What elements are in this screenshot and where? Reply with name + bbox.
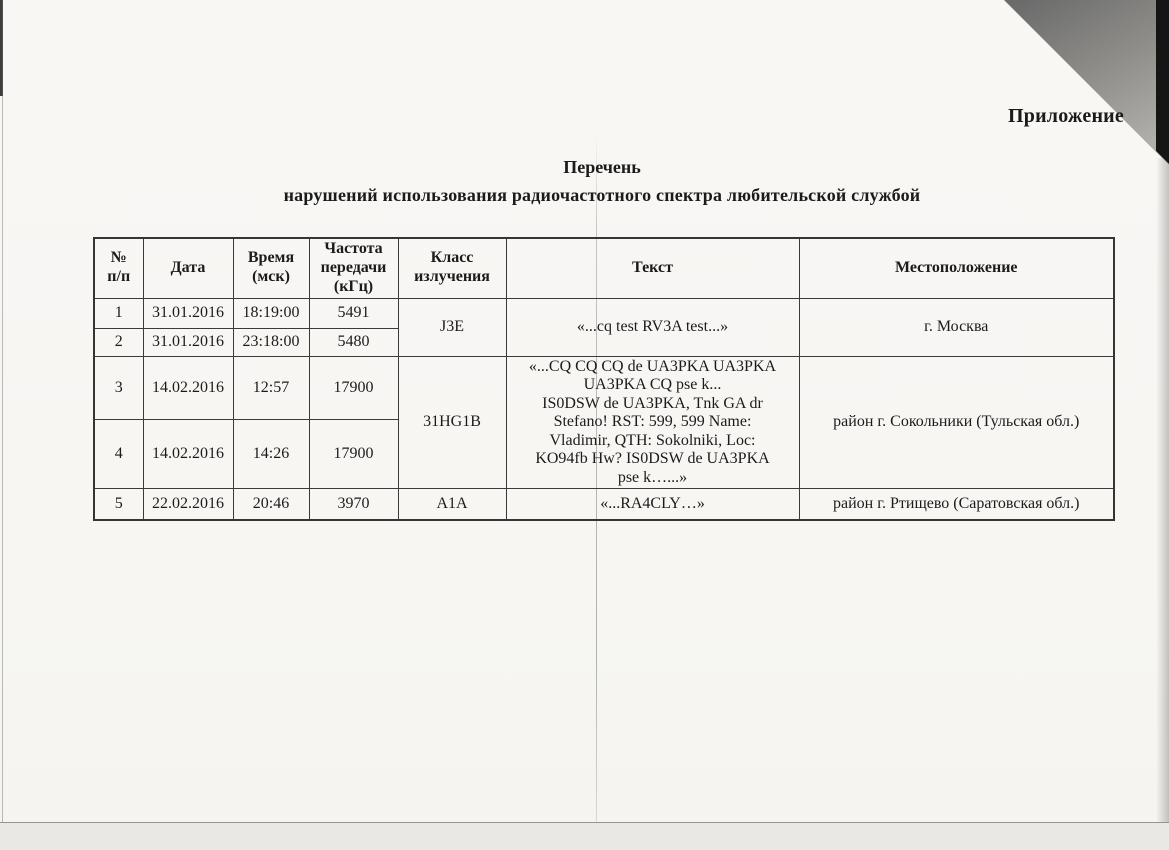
cell-location: г. Москва: [799, 298, 1114, 356]
cell-location: район г. Сокольники (Тульская обл.): [799, 356, 1114, 489]
col-header-location: Местоположение: [799, 238, 1114, 298]
page-corner-fold-edge: [1156, 0, 1169, 164]
cell-frequency: 17900: [309, 356, 398, 419]
title-line-2: нарушений использования радиочастотного …: [36, 185, 1168, 206]
scan-right-edge-shadow: [1156, 158, 1169, 822]
cell-date: 31.01.2016: [143, 328, 233, 356]
cell-time: 12:57: [233, 356, 309, 419]
violations-table: № п/п Дата Время (мск) Частота передачи …: [93, 237, 1115, 521]
cell-num: 4: [94, 419, 143, 488]
cell-date: 14.02.2016: [143, 419, 233, 488]
table-row: 3 14.02.2016 12:57 17900 31HG1B «...CQ C…: [94, 356, 1114, 419]
scanner-background-strip: [0, 822, 1169, 850]
cell-location: район г. Ртищево (Саратовская обл.): [799, 489, 1114, 520]
col-header-emission-class: Класс излучения: [398, 238, 506, 298]
col-header-date: Дата: [143, 238, 233, 298]
scanned-document-page: Приложение Перечень нарушений использова…: [0, 0, 1169, 850]
cell-emission-class: 31HG1B: [398, 356, 506, 489]
cell-emission-class: J3E: [398, 298, 506, 356]
page-corner-fold: [1004, 0, 1169, 165]
cell-text: «...CQ CQ CQ de UA3PKA UA3PKA UA3PKA CQ …: [506, 356, 799, 489]
col-header-time: Время (мск): [233, 238, 309, 298]
table-row: 1 31.01.2016 18:19:00 5491 J3E «...cq te…: [94, 298, 1114, 328]
appendix-label: Приложение: [1008, 105, 1129, 128]
cell-num: 5: [94, 489, 143, 520]
document-title: Перечень нарушений использования радиоча…: [36, 157, 1168, 206]
table-row: 5 22.02.2016 20:46 3970 A1A «...RA4CLY…»…: [94, 489, 1114, 520]
cell-frequency: 5491: [309, 298, 398, 328]
cell-frequency: 5480: [309, 328, 398, 356]
cell-text: «...cq test RV3A test...»: [506, 298, 799, 356]
scan-left-edge-line: [2, 0, 3, 822]
cell-emission-class: A1A: [398, 489, 506, 520]
cell-date: 31.01.2016: [143, 298, 233, 328]
col-header-text: Текст: [506, 238, 799, 298]
cell-frequency: 3970: [309, 489, 398, 520]
title-line-1: Перечень: [36, 157, 1168, 178]
col-header-frequency: Частота передачи (кГц): [309, 238, 398, 298]
cell-text: «...RA4CLY…»: [506, 489, 799, 520]
cell-time: 14:26: [233, 419, 309, 488]
table-header-row: № п/п Дата Время (мск) Частота передачи …: [94, 238, 1114, 298]
cell-num: 1: [94, 298, 143, 328]
cell-date: 14.02.2016: [143, 356, 233, 419]
cell-time: 20:46: [233, 489, 309, 520]
cell-num: 3: [94, 356, 143, 419]
cell-frequency: 17900: [309, 419, 398, 488]
col-header-num: № п/п: [94, 238, 143, 298]
cell-date: 22.02.2016: [143, 489, 233, 520]
cell-time: 23:18:00: [233, 328, 309, 356]
cell-time: 18:19:00: [233, 298, 309, 328]
cell-num: 2: [94, 328, 143, 356]
